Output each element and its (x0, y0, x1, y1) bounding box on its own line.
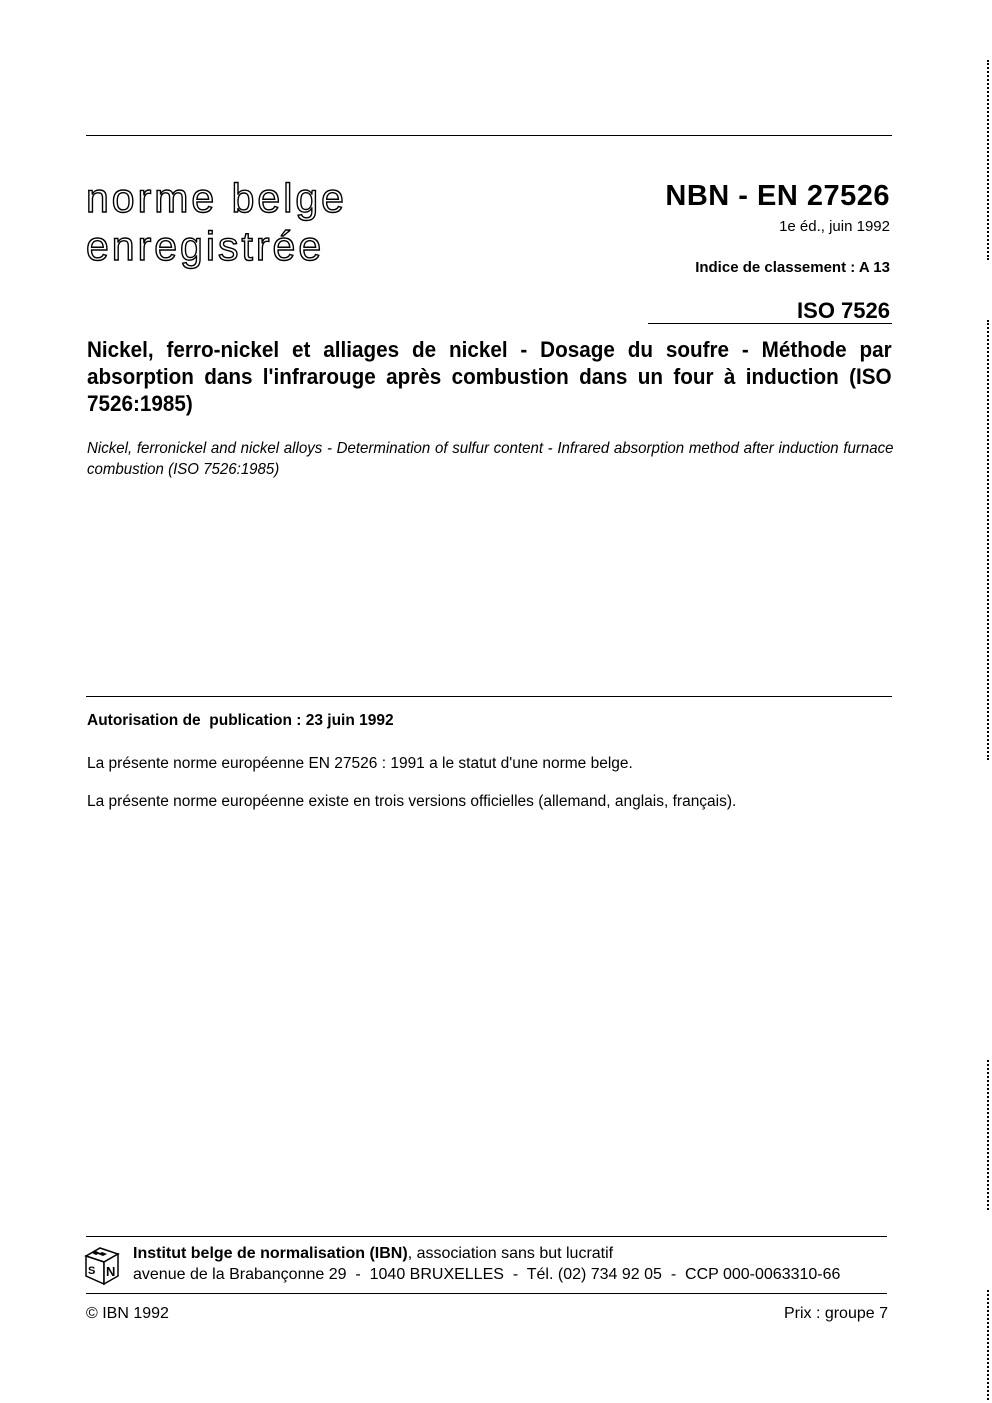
price-group: Prix : groupe 7 (784, 1305, 888, 1323)
top-divider (86, 135, 892, 136)
edition-date: 1e éd., juin 1992 (779, 218, 890, 235)
scan-edge-artifact (987, 60, 989, 260)
footer-top-divider (86, 1236, 887, 1237)
institute-name: Institut belge de normalisation (IBN) (133, 1245, 408, 1262)
copyright: © IBN 1992 (86, 1305, 169, 1323)
institute-address: avenue de la Brabançonne 29 - 1040 BRUXE… (133, 1266, 840, 1284)
status-paragraph: La présente norme européenne EN 27526 : … (87, 755, 633, 773)
svg-text:N: N (106, 1264, 115, 1279)
brand-line-1: norme belge (86, 178, 347, 219)
svg-text:S: S (88, 1265, 95, 1277)
publication-authorization: Autorisation de publication : 23 juin 19… (87, 712, 394, 730)
institute-line: Institut belge de normalisation (IBN), a… (133, 1245, 613, 1263)
scan-edge-artifact (987, 320, 989, 760)
title-french: Nickel, ferro-nickel et alliages de nick… (87, 336, 892, 417)
footer-bottom-divider (86, 1293, 887, 1294)
scan-edge-artifact (987, 1290, 989, 1400)
middle-divider (86, 696, 892, 697)
institute-suffix: , association sans but lucratif (408, 1245, 613, 1262)
versions-paragraph: La présente norme européenne existe en t… (87, 793, 736, 811)
iso-number: ISO 7526 (797, 298, 890, 324)
title-english: Nickel, ferronickel and nickel alloys - … (87, 438, 894, 480)
scan-edge-artifact (987, 1060, 989, 1210)
iso-divider (648, 323, 892, 324)
standard-number: NBN - EN 27526 (665, 180, 890, 213)
brand-line-2: enregistrée (86, 226, 324, 267)
ibn-cube-logo-icon: S N (82, 1244, 122, 1286)
classification-index: Indice de classement : A 13 (695, 259, 890, 276)
